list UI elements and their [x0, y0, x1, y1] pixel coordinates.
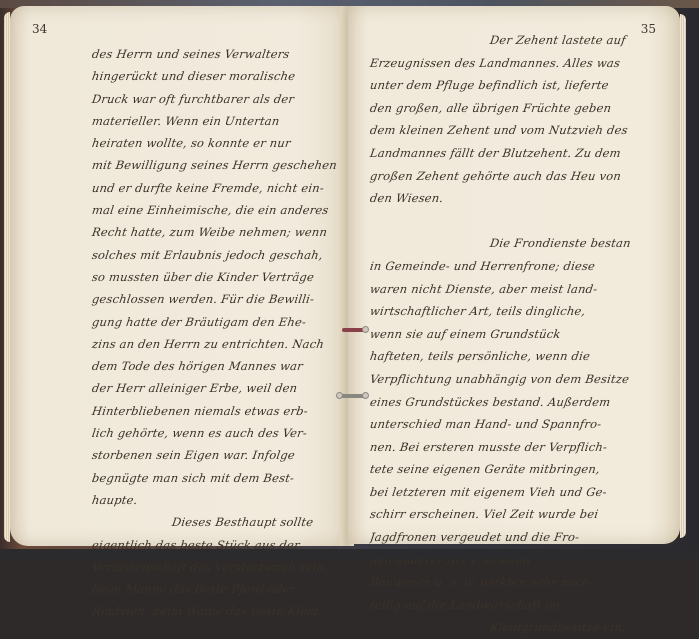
binding-thread-red — [342, 328, 364, 332]
handwritten-line: waren nicht Dienste, aber meist land- — [368, 278, 631, 301]
handwritten-line: hingerückt und dieser moralische — [90, 65, 343, 87]
handwritten-line: lich gehörte, wenn es auch des Ver- — [90, 422, 343, 444]
right-page-text: Der Zehent lastete auf allenErzeugnissen… — [370, 29, 630, 559]
handwritten-line: haupte. — [90, 489, 343, 511]
handwritten-line: mal eine Einheimische, die ein anderes — [90, 199, 343, 221]
handwritten-line: wenn sie auf einem Grundstück — [368, 323, 631, 346]
handwritten-line: Der Zehent lastete auf allen — [368, 29, 631, 52]
handwritten-line: dem kleinen Zehent und vom Nutzvieh des — [368, 119, 631, 142]
handwritten-line: Erzeugnissen des Landmannes. Alles was — [368, 52, 631, 75]
handwritten-line: wirtschaftlicher Art, teils dingliche, — [368, 300, 631, 323]
left-page-text: des Herrn und seines Verwaltershingerück… — [92, 43, 342, 559]
handwritten-line: Recht hatte, zum Weibe nehmen; wenn — [90, 221, 343, 243]
binding-hole — [362, 326, 369, 333]
handwritten-line: den Wiesen. — [368, 187, 631, 210]
binding-hole — [362, 392, 369, 399]
handwritten-line: heiraten wollte, so konnte er nur — [90, 132, 343, 154]
handwritten-line: Landmannes fällt der Blutzehent. Zu dem — [368, 142, 631, 165]
handwritten-line: hafteten, teils persönliche, wenn die — [368, 345, 631, 368]
handwritten-line: Die Frondienste bestanden — [368, 232, 631, 255]
handwritten-line: storbenen sein Eigen war. Infolge — [90, 444, 343, 466]
handwritten-line: bei letzteren mit eigenem Vieh und Ge- — [368, 481, 631, 504]
handwritten-line: Verpflichtung unabhängig von dem Besitze — [368, 368, 631, 391]
page-number-right: 35 — [641, 22, 656, 36]
handwritten-line: dem Tode des hörigen Mannes war — [90, 355, 343, 377]
handwritten-line: so mussten über die Kinder Verträge — [90, 266, 343, 288]
handwritten-line: zins an den Herrn zu entrichten. Nach — [90, 333, 343, 355]
handwritten-line: schirr erscheinen. Viel Zeit wurde bei — [368, 503, 631, 526]
handwritten-line: in Gemeinde- und Herrenfrone; diese — [368, 255, 631, 278]
left-page: 34 des Herrn und seines Verwaltershinger… — [10, 6, 346, 546]
handwritten-line: Druck war oft furchtbarer als der — [90, 88, 343, 110]
right-page: 35 Der Zehent lastete auf allenErzeugnis… — [348, 6, 680, 544]
handwritten-line: geschlossen werden. Für die Bewilli- — [90, 288, 343, 310]
handwritten-line: gung hatte der Bräutigam den Ehe- — [90, 311, 343, 333]
page-number-left: 34 — [32, 22, 47, 36]
handwritten-line: des Herrn und seines Verwalters — [90, 43, 343, 65]
handwritten-line: Jagdfronen vergeudet und die Fro- — [368, 526, 631, 549]
handwritten-line — [368, 210, 631, 233]
binding-hole — [336, 392, 343, 399]
book-spread: 34 des Herrn und seines Verwaltershinger… — [0, 0, 699, 559]
handwritten-line: begnügte man sich mit dem Best- — [90, 467, 343, 489]
handwritten-line: unter dem Pfluge befindlich ist, liefert… — [368, 74, 631, 97]
handwritten-line: und er durfte keine Fremde, nicht ein- — [90, 177, 343, 199]
handwritten-line: den großen, alle übrigen Früchte geben — [368, 97, 631, 120]
handwritten-line: großen Zehent gehörte auch das Heu von — [368, 165, 631, 188]
handwritten-line: eines Grundstückes bestand. Außerdem — [368, 391, 631, 414]
handwritten-line: nen. Bei ersteren musste der Verpflich- — [368, 436, 631, 459]
book-cover-bottom-edge — [0, 549, 699, 559]
handwritten-line: mit Bewilligung seines Herrn geschehen — [90, 154, 343, 176]
handwritten-line: solches mit Erlaubnis jedoch geschah, — [90, 244, 343, 266]
handwritten-line: unterschied man Hand- und Spannfro- — [368, 413, 631, 436]
handwritten-line: Dieses Besthaupt sollte — [90, 511, 343, 533]
handwritten-line: tete seine eigenen Geräte mitbringen, — [368, 458, 631, 481]
handwritten-line: der Herr alleiniger Erbe, weil den — [90, 377, 343, 399]
handwritten-line: Hinterbliebenen niemals etwas erb- — [90, 400, 343, 422]
handwritten-line: materieller. Wenn ein Untertan — [90, 110, 343, 132]
